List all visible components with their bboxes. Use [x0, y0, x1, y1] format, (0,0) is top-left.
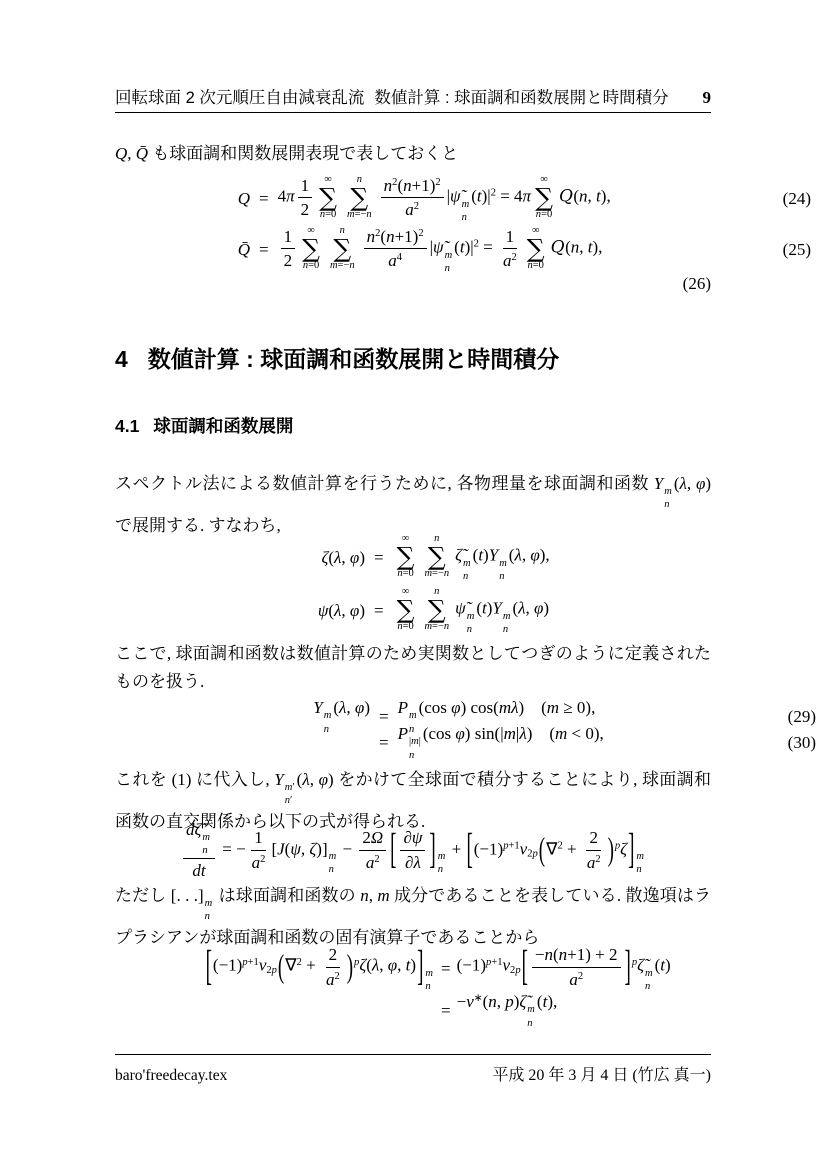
page-number: 9	[703, 88, 712, 108]
equation-number-30: (30)	[788, 733, 816, 753]
equation-number-26: (26)	[683, 274, 711, 294]
equation-24-lhs: Q	[215, 189, 250, 209]
section-number: 4	[115, 346, 128, 372]
equals-sign: =	[259, 189, 269, 209]
equation-dissipation-rhs: (−1)p+1ν2p[−n(n+1) + 2a2]pζ̃mn(t)	[457, 944, 671, 993]
equation-25-rhs: 12∞∑n=0n∑m=−nn2(n+1)2a4|ψ̃mn(t)|2 = 1a2∞…	[278, 225, 603, 275]
document-page: 回転球面 2 次元順圧自由減衰乱流 数値計算 : 球面調和函数展開と時間積分 9…	[0, 0, 826, 1169]
subsection-title: 球面調和函数展開	[153, 416, 293, 436]
paragraph-intro: Q, Q̄ も球面調和関数展開表現で表しておくと	[115, 140, 711, 168]
equation-vorticity-content: dζ̃mndt = −1a2[J(ψ, ζ)]mn − 2Ωa2[∂ψ∂λ]mn…	[180, 819, 646, 882]
equation-25: Q̄ = 12∞∑n=0n∑m=−nn2(n+1)2a4|ψ̃mn(t)|2 =…	[115, 222, 811, 278]
equation-30-rhs: P|m|n(cos φ) sin(|m|λ) (m < 0),	[398, 724, 604, 762]
equals-sign: =	[374, 548, 384, 568]
equation-24: Q = 4π12∞∑n=0n∑m=−nn2(n+1)2a2|ψ̃mn(t)|2 …	[115, 170, 811, 228]
section-title: 数値計算 : 球面調和函数展開と時間積分	[148, 346, 559, 372]
subsection-number: 4.1	[115, 416, 139, 436]
footer-rule	[115, 1054, 711, 1055]
subsection-heading: 4.1球面調和函数展開	[115, 413, 293, 438]
equals-sign: =	[441, 959, 451, 979]
footer-date: 平成 20 年 3 月 4 日 (竹広 真一)	[492, 1062, 711, 1085]
footer-filename: baro'freedecay.tex	[115, 1067, 227, 1085]
equation-dissipation-line1: [(−1)p+1ν2p(∇2 + 2a2)pζ(λ, φ, t)]mn = (−…	[115, 940, 711, 998]
equation-24-rhs: 4π12∞∑n=0n∑m=−nn2(n+1)2a2|ψ̃mn(t)|2 = 4π…	[278, 174, 611, 224]
paragraph-real-harmonics: ここで, 球面調和函数は数値計算のため実関数としてつぎのように定義されたものを扱…	[115, 640, 711, 696]
header-rule	[115, 112, 711, 113]
equals-sign: =	[379, 733, 389, 753]
equals-sign: =	[379, 707, 389, 727]
equals-sign: =	[259, 240, 269, 260]
equation-26: (26)	[115, 272, 711, 296]
equation-28-lhs: ψ(λ, φ)	[295, 601, 365, 621]
paragraph-spectral: スペクトル法による数値計算を行うために, 各物理量を球面調和函数 Ymn(λ, …	[115, 470, 711, 540]
equals-sign: =	[441, 1001, 451, 1021]
page-footer: baro'freedecay.tex 平成 20 年 3 月 4 日 (竹広 真…	[115, 1062, 711, 1085]
equation-28-rhs: ∞∑n=0n∑m=−nψ̃mn(t)Ymn(λ, φ)	[393, 586, 550, 636]
equals-sign: =	[374, 601, 384, 621]
equation-27-rhs: ∞∑n=0n∑m=−nζ̃mn(t)Ymn(λ, φ),	[393, 533, 550, 583]
equation-28: ψ(λ, φ) = ∞∑n=0n∑m=−nψ̃mn(t)Ymn(λ, φ) (2…	[115, 585, 826, 637]
equation-25-lhs: Q̄	[215, 240, 250, 260]
equation-27: ζ(λ, φ) = ∞∑n=0n∑m=−nζ̃mn(t)Ymn(λ, φ), (…	[115, 532, 826, 584]
equation-dissipation-line2: = −ν∗(n, p)ζ̃mn(t),	[115, 998, 711, 1024]
equation-number-24: (24)	[783, 189, 811, 209]
page-header: 回転球面 2 次元順圧自由減衰乱流 数値計算 : 球面調和函数展開と時間積分 9	[115, 84, 711, 108]
equation-number-29: (29)	[788, 707, 816, 727]
equation-27-lhs: ζ(λ, φ)	[295, 548, 365, 568]
equation-vorticity-spectral: dζ̃mndt = −1a2[J(ψ, ζ)]mn − 2Ωa2[∂ψ∂λ]mn…	[115, 820, 711, 880]
section-heading: 4数値計算 : 球面調和函数展開と時間積分	[115, 341, 559, 374]
running-title: 回転球面 2 次元順圧自由減衰乱流	[115, 84, 364, 108]
running-chapter: 数値計算 : 球面調和函数展開と時間積分	[374, 84, 668, 108]
equation-number-25: (25)	[783, 240, 811, 260]
equation-30: = P|m|n(cos φ) sin(|m|λ) (m < 0), (30)	[115, 729, 816, 757]
equation-dissipation-lhs: [(−1)p+1ν2p(∇2 + 2a2)pζ(λ, φ, t)]mn	[115, 944, 435, 993]
equation-dissipation-rhs2: −ν∗(n, p)ζ̃mn(t),	[457, 992, 558, 1030]
